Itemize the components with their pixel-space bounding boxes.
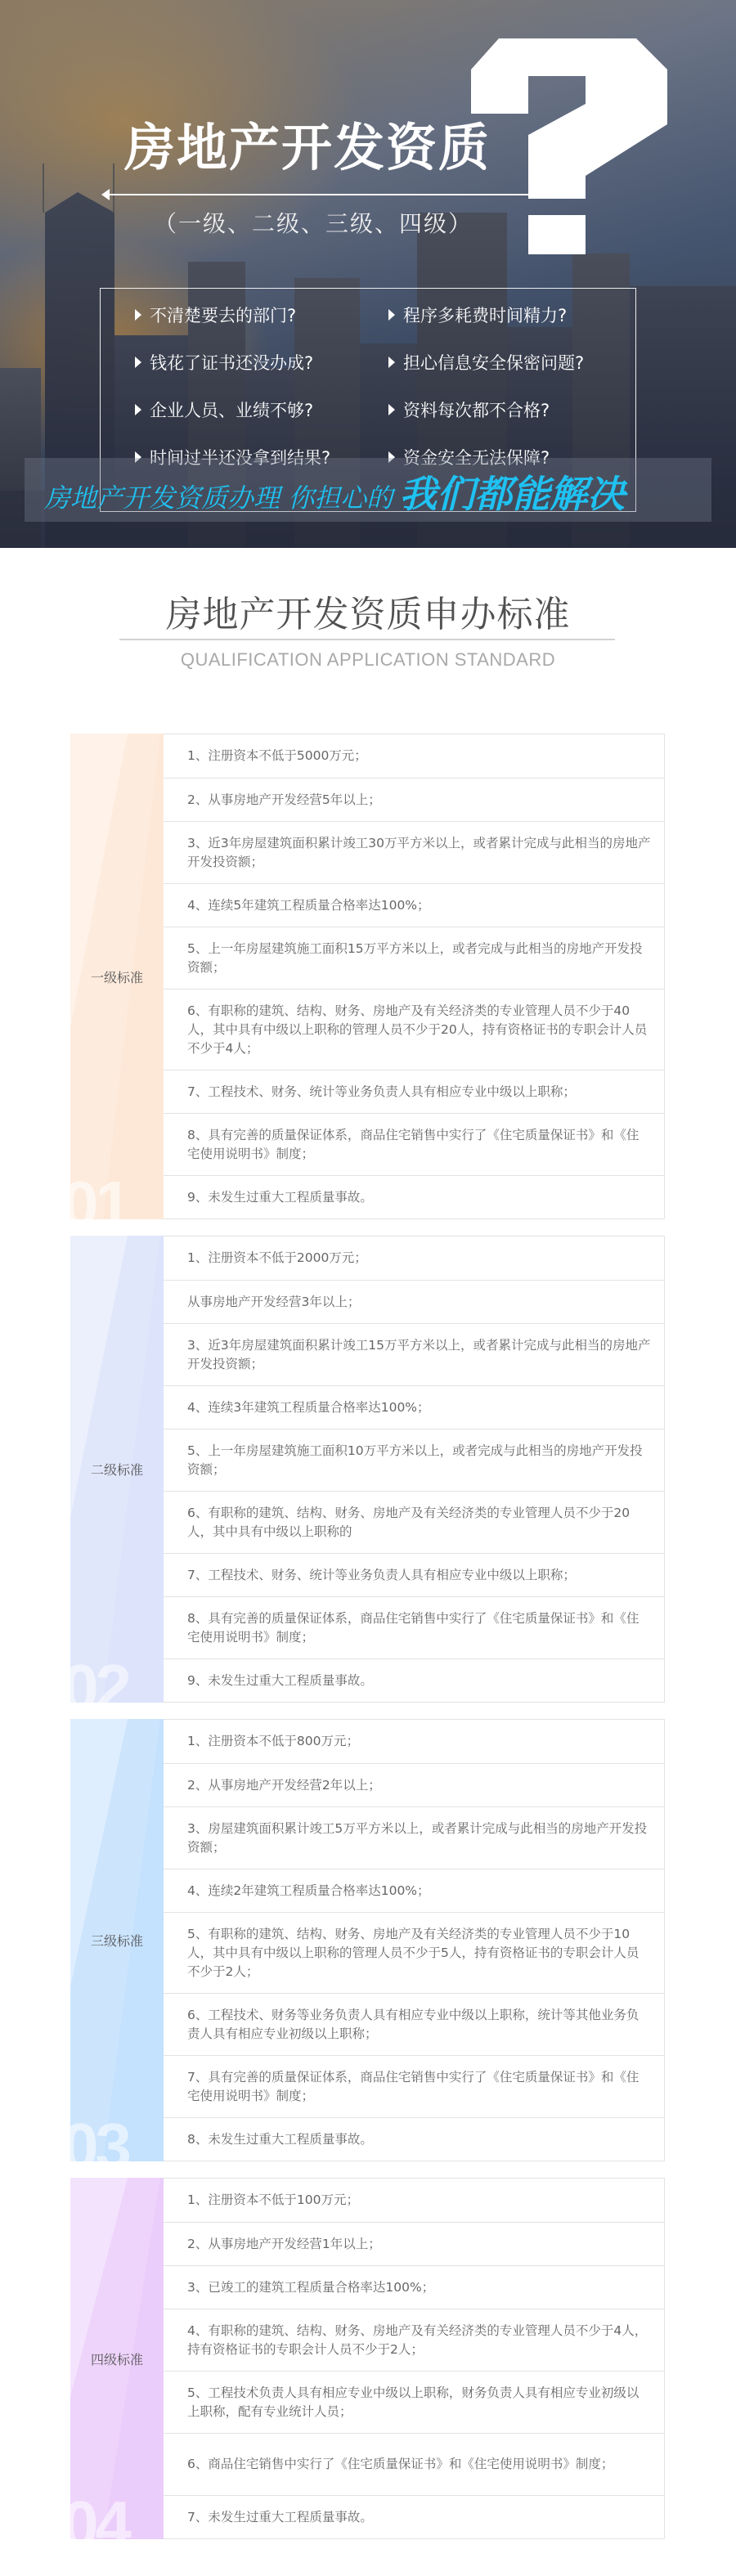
triangle-bullet-icon xyxy=(135,357,141,368)
table-row: 2、从事房地产开发经营1年以上； xyxy=(164,2222,664,2265)
question-mark-icon xyxy=(464,30,677,255)
table-row: 7、具有完善的质量保证体系，商品住宅销售中实行了《住宅质量保证书》和《住宅使用说… xyxy=(164,2055,664,2117)
table-row: 8、未发生过重大工程质量事故。 xyxy=(164,2117,664,2161)
requirements-table: 1、注册资本不低于100万元； 2、从事房地产开发经营1年以上； 3、已竣工的建… xyxy=(164,2178,665,2539)
requirements-table: 1、注册资本不低于2000万元； 从事房地产开发经营3年以上； 3、近3年房屋建… xyxy=(164,1236,665,1703)
tier-label-panel: 二级标准 02 xyxy=(70,1236,164,1703)
table-row: 3、已竣工的建筑工程质量合格率达100%； xyxy=(164,2265,664,2309)
questions-list: 不清楚要去的部门? 程序多耗费时间精力? 钱花了证书还没办成? 担心信息安全保密… xyxy=(135,296,642,475)
table-row: 6、工程技术、财务等业务负责人具有相应专业中级以上职称，统计等其他业务负责人具有… xyxy=(164,1993,664,2055)
table-row: 5、上一年房屋建筑施工面积10万平方米以上，或者完成与此相当的房地产开发投资额； xyxy=(164,1429,664,1491)
question-item: 不清楚要去的部门? xyxy=(135,296,388,333)
tier-number: 01 xyxy=(70,1172,128,1219)
table-row: 9、未发生过重大工程质量事故。 xyxy=(164,1175,664,1218)
question-item: 程序多耗费时间精力? xyxy=(388,296,642,333)
table-row: 4、连续2年建筑工程质量合格率达100%； xyxy=(164,1869,664,1912)
table-row: 3、近3年房屋建筑面积累计竣工30万平方米以上，或者累计完成与此相当的房地产开发… xyxy=(164,821,664,883)
slogan-emphasis: 我们都能解决 xyxy=(399,472,625,516)
table-row: 4、连续3年建筑工程质量合格率达100%； xyxy=(164,1385,664,1429)
table-row: 1、注册资本不低于2000万元； xyxy=(164,1236,664,1280)
tier-2-standard: 二级标准 02 1、注册资本不低于2000万元； 从事房地产开发经营3年以上； … xyxy=(70,1236,665,1703)
section-divider xyxy=(119,639,615,640)
table-row: 8、具有完善的质量保证体系，商品住宅销售中实行了《住宅质量保证书》和《住宅使用说… xyxy=(164,1596,664,1658)
arrow-left-icon xyxy=(101,189,110,200)
tier-label: 二级标准 xyxy=(91,1460,143,1479)
table-row: 5、上一年房屋建筑施工面积15万平方米以上，或者完成与此相当的房地产开发投资额； xyxy=(164,927,664,989)
tier-4-standard: 四级标准 04 1、注册资本不低于100万元； 2、从事房地产开发经营1年以上；… xyxy=(70,2178,665,2539)
triangle-bullet-icon xyxy=(135,404,141,415)
table-row: 2、从事房地产开发经营5年以上； xyxy=(164,778,664,821)
table-row: 3、房屋建筑面积累计竣工5万平方米以上，或者累计完成与此相当的房地产开发投资额； xyxy=(164,1806,664,1869)
hero-subtitle: （一级、二级、三级、四级） xyxy=(154,206,473,239)
tier-3-standard: 三级标准 03 1、注册资本不低于800万元； 2、从事房地产开发经营2年以上；… xyxy=(70,1719,665,2161)
section-title: 房地产开发资质申办标准 xyxy=(0,585,736,637)
slogan-lead: 房地产开发资质办理 你担心的 xyxy=(44,482,393,514)
triangle-bullet-icon xyxy=(135,309,141,321)
tier-label-panel: 三级标准 03 xyxy=(70,1719,164,2161)
triangle-bullet-icon xyxy=(388,309,395,321)
table-row: 2、从事房地产开发经营2年以上； xyxy=(164,1763,664,1806)
question-item: 资料每次都不合格? xyxy=(388,391,642,428)
table-row: 6、有职称的建筑、结构、财务、房地产及有关经济类的专业管理人员不少于40人，其中… xyxy=(164,989,664,1070)
table-row: 4、有职称的建筑、结构、财务、房地产及有关经济类的专业管理人员不少于4人，持有资… xyxy=(164,2309,664,2371)
table-row: 1、注册资本不低于100万元； xyxy=(164,2179,664,2222)
hero-title: 房地产开发资质 xyxy=(124,123,491,173)
table-row: 6、有职称的建筑、结构、财务、房地产及有关经济类的专业管理人员不少于20人，其中… xyxy=(164,1491,664,1553)
table-row: 7、工程技术、财务、统计等业务负责人具有相应专业中级以上职称； xyxy=(164,1070,664,1113)
table-row: 9、未发生过重大工程质量事故。 xyxy=(164,1658,664,1702)
triangle-bullet-icon xyxy=(388,357,395,368)
table-row: 7、工程技术、财务、统计等业务负责人具有相应专业中级以上职称； xyxy=(164,1553,664,1596)
tier-number: 04 xyxy=(70,2492,128,2539)
tier-label: 四级标准 xyxy=(91,2349,143,2368)
question-item: 担心信息安全保密问题? xyxy=(388,343,642,380)
question-item: 钱花了证书还没办成? xyxy=(135,343,388,380)
table-row: 6、商品住宅销售中实行了《住宅质量保证书》和《住宅使用说明书》制度； xyxy=(164,2433,664,2495)
tier-label-panel: 一级标准 01 xyxy=(70,734,164,1219)
requirements-table: 1、注册资本不低于5000万元； 2、从事房地产开发经营5年以上； 3、近3年房… xyxy=(164,734,665,1219)
triangle-bullet-icon xyxy=(388,404,395,415)
tier-number: 02 xyxy=(70,1655,128,1703)
table-row: 5、工程技术负责人具有相应专业中级以上职称，财务负责人具有相应专业初级以上职称，… xyxy=(164,2371,664,2433)
title-underline xyxy=(106,194,532,195)
tier-number: 03 xyxy=(70,2114,128,2161)
section-subtitle-en: QUALIFICATION APPLICATION STANDARD xyxy=(0,649,736,671)
question-item: 企业人员、业绩不够? xyxy=(135,391,388,428)
tier-label-panel: 四级标准 04 xyxy=(70,2178,164,2539)
table-row: 1、注册资本不低于800万元； xyxy=(164,1720,664,1763)
requirements-table: 1、注册资本不低于800万元； 2、从事房地产开发经营2年以上； 3、房屋建筑面… xyxy=(164,1719,665,2161)
table-row: 从事房地产开发经营3年以上； xyxy=(164,1280,664,1323)
table-row: 5、有职称的建筑、结构、财务、房地产及有关经济类的专业管理人员不少于10人，其中… xyxy=(164,1912,664,1993)
slogan: 房地产开发资质办理 你担心的我们都能解决 xyxy=(44,464,625,518)
table-row: 3、近3年房屋建筑面积累计竣工15万平方米以上，或者累计完成与此相当的房地产开发… xyxy=(164,1323,664,1385)
table-row: 1、注册资本不低于5000万元； xyxy=(164,734,664,778)
table-row: 4、连续5年建筑工程质量合格率达100%； xyxy=(164,883,664,927)
tier-1-standard: 一级标准 01 1、注册资本不低于5000万元； 2、从事房地产开发经营5年以上… xyxy=(70,734,665,1219)
section-header: 房地产开发资质申办标准 QUALIFICATION APPLICATION ST… xyxy=(0,548,736,734)
tier-label: 一级标准 xyxy=(91,967,143,986)
tier-label: 三级标准 xyxy=(91,1931,143,1950)
table-row: 7、未发生过重大工程质量事故。 xyxy=(164,2495,664,2538)
hero-banner: 房地产开发资质 （一级、二级、三级、四级） 不清楚要去的部门? 程序多耗费时间精… xyxy=(0,0,736,548)
table-row: 8、具有完善的质量保证体系，商品住宅销售中实行了《住宅质量保证书》和《住宅使用说… xyxy=(164,1113,664,1175)
